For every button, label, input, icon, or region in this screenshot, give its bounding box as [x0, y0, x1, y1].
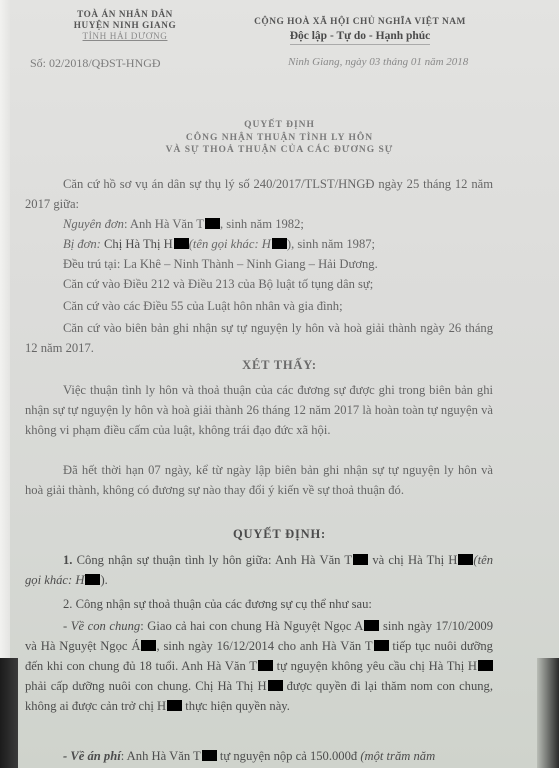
redaction-box	[141, 640, 156, 651]
plaintiff-label: Nguyên đơn	[63, 217, 124, 231]
national-motto: Độc lập - Tự do - Hạnh phúc	[290, 29, 431, 45]
basis-paragraph-1: Căn cứ hồ sơ vụ án dân sự thụ lý số 240/…	[25, 174, 493, 214]
decision-item-1: 1. Công nhận sự thuận tình ly hôn giữa: …	[25, 550, 493, 590]
fee-label: - Về án phí	[63, 749, 121, 763]
document-title: QUYẾT ĐỊNH	[0, 120, 559, 130]
redaction-box	[205, 218, 220, 229]
redaction-box	[202, 750, 217, 761]
document-page: TOÀ ÁN NHÂN DÂN HUYỆN NINH GIANG TỈNH HẢ…	[0, 0, 559, 768]
court-province: TỈNH HẢI DƯƠNG	[60, 31, 190, 42]
plaintiff-line: Nguyên đơn: Anh Hà Văn T, sinh năm 1982;	[25, 214, 493, 234]
document-subtitle-1: CÔNG NHẬN THUẬN TÌNH LY HÔN	[0, 133, 559, 143]
redaction-box	[364, 620, 379, 631]
redaction-box	[458, 554, 473, 565]
photo-edge-shadow-right	[537, 658, 559, 768]
redaction-box	[85, 574, 100, 585]
defendant-line: Bị đơn: Chị Hà Thị H(tên gọi khác: H), s…	[25, 234, 493, 254]
children-paragraph: - Về con chung: Giao cả hai con chung Hà…	[25, 616, 493, 716]
court-header: TOÀ ÁN NHÂN DÂN HUYỆN NINH GIANG TỈNH HẢ…	[60, 9, 190, 42]
defendant-label: Bị đơn:	[63, 237, 101, 251]
redaction-box	[174, 238, 189, 249]
basis-paragraph-3: Căn cứ vào các Điều 55 của Luật hôn nhân…	[25, 296, 493, 316]
date-line: Ninh Giang, ngày 03 tháng 01 năm 2018	[288, 56, 468, 68]
basis-paragraph-4: Căn cứ vào biên bản ghi nhận sự tự nguyệ…	[25, 318, 493, 358]
findings-paragraph-1: Việc thuận tình ly hôn và thoả thuận của…	[25, 380, 493, 440]
basis-paragraph-2: Căn cứ vào Điều 212 và Điều 213 của Bộ l…	[25, 274, 493, 294]
decision-heading: QUYẾT ĐỊNH:	[0, 527, 559, 542]
redaction-box	[167, 700, 182, 711]
redaction-box	[374, 640, 389, 651]
redaction-box	[258, 660, 273, 671]
document-number: Số: 02/2018/QĐST-HNGĐ	[30, 56, 161, 71]
redaction-box	[272, 238, 287, 249]
redaction-box	[353, 554, 368, 565]
decision-item-2: 2. Công nhận sự thoả thuận của các đương…	[25, 594, 493, 614]
redaction-box	[268, 680, 283, 691]
court-fee-line: - Về án phí: Anh Hà Văn T tự nguyện nộp …	[25, 746, 525, 766]
findings-paragraph-2: Đã hết thời hạn 07 ngày, kể từ ngày lập …	[25, 460, 493, 500]
photo-edge-shadow	[0, 658, 18, 768]
redaction-box	[478, 660, 493, 671]
findings-heading: XÉT THẤY:	[0, 358, 559, 373]
court-district: HUYỆN NINH GIANG	[60, 20, 190, 31]
national-header: CỘNG HOÀ XÃ HỘI CHỦ NGHĨA VIỆT NAM Độc l…	[230, 15, 490, 45]
children-label: - Về con chung	[63, 619, 140, 633]
court-name: TOÀ ÁN NHÂN DÂN	[60, 9, 190, 20]
document-subtitle-2: VÀ SỰ THOẢ THUẬN CỦA CÁC ĐƯƠNG SỰ	[0, 145, 559, 155]
residence-line: Đều trú tại: La Khê – Ninh Thành – Ninh …	[25, 254, 493, 274]
nation-name: CỘNG HOÀ XÃ HỘI CHỦ NGHĨA VIỆT NAM	[230, 15, 490, 29]
